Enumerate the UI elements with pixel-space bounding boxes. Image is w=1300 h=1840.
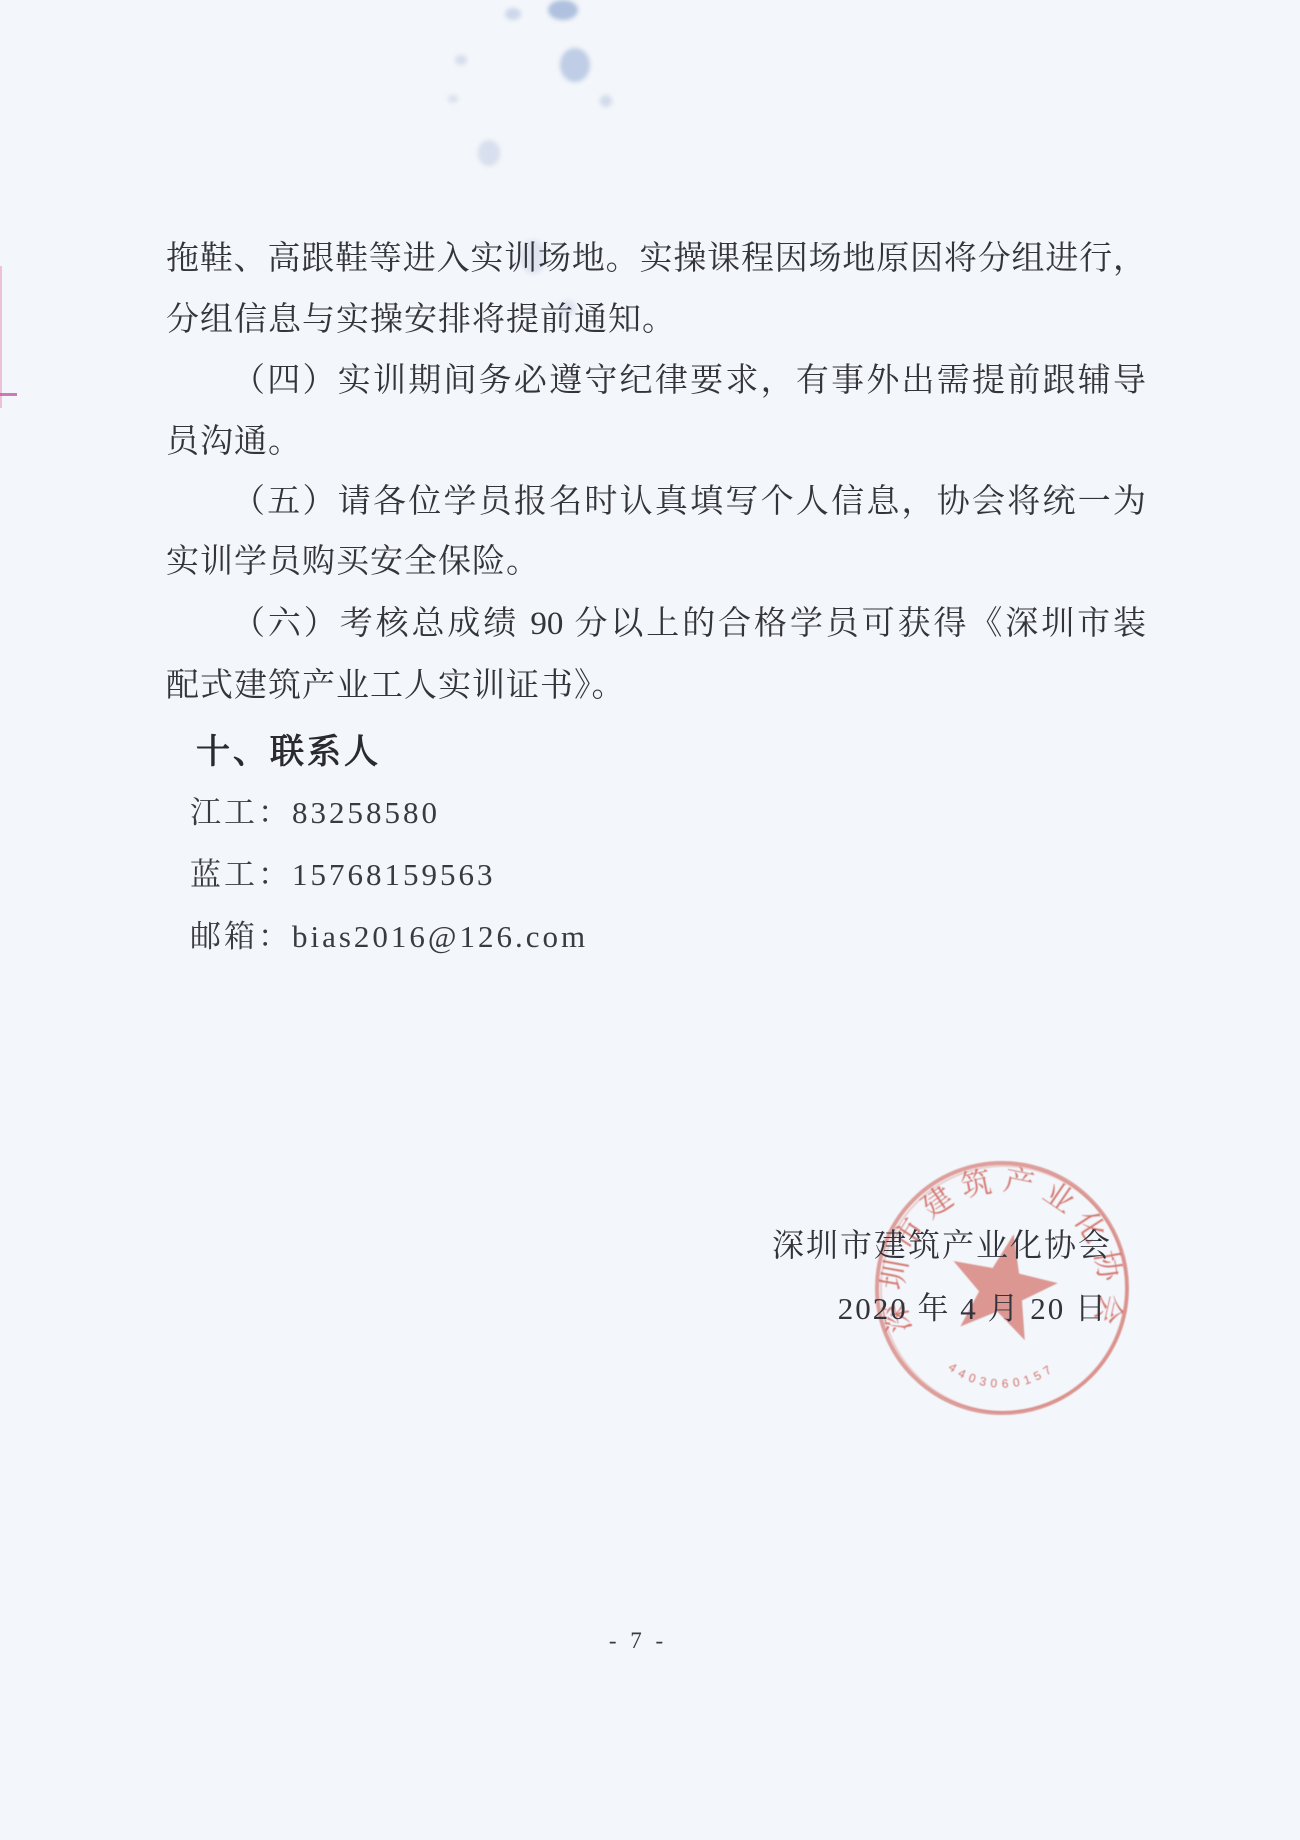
signature-date: 2020 年 4 月 20 日: [838, 1283, 1108, 1328]
page-number: - 7 -: [576, 1628, 700, 1654]
seal-serial: 4403060157: [946, 1360, 1058, 1391]
body-line: （六）考核总成绩 90 分以上的合格学员可获得《深圳市装: [166, 603, 1146, 645]
body-line: （四）实训期间务必遵守纪律要求，有事外出需提前跟辅导: [166, 360, 1146, 402]
smudge-dot: [505, 8, 521, 20]
smudge-dot: [455, 55, 467, 65]
signature-organization: 深圳市建筑产业化协会: [772, 1220, 1112, 1266]
body-line: 配式建筑产业工人实训证书》。: [166, 665, 1146, 707]
body-line: 实训学员购买安全保险。: [166, 541, 1146, 583]
scan-edge-tick: [0, 393, 17, 396]
smudge-dot: [548, 0, 578, 20]
scan-edge-line: [0, 266, 2, 408]
document-page: 拖鞋、高跟鞋等进入实训场地。实操课程因场地原因将分组进行， 分组信息与实操安排将…: [0, 0, 1300, 1840]
smudge-dot: [448, 95, 458, 103]
body-line: （五）请各位学员报名时认真填写个人信息，协会将统一为: [166, 481, 1146, 523]
contact-line: 蓝工：15768159563: [190, 849, 496, 894]
body-line: 员沟通。: [166, 421, 1146, 463]
smudge-dot: [600, 95, 612, 107]
section-heading: 十、联系人: [196, 724, 381, 773]
smudge-dot: [560, 48, 590, 82]
contact-line: 邮箱：bias2016@126.com: [190, 911, 588, 956]
smudge-dot: [478, 140, 500, 166]
body-line: 拖鞋、高跟鞋等进入实训场地。实操课程因场地原因将分组进行，: [166, 238, 1146, 280]
body-line: 分组信息与实操安排将提前通知。: [166, 299, 1146, 341]
contact-line: 江工：83258580: [190, 787, 440, 832]
